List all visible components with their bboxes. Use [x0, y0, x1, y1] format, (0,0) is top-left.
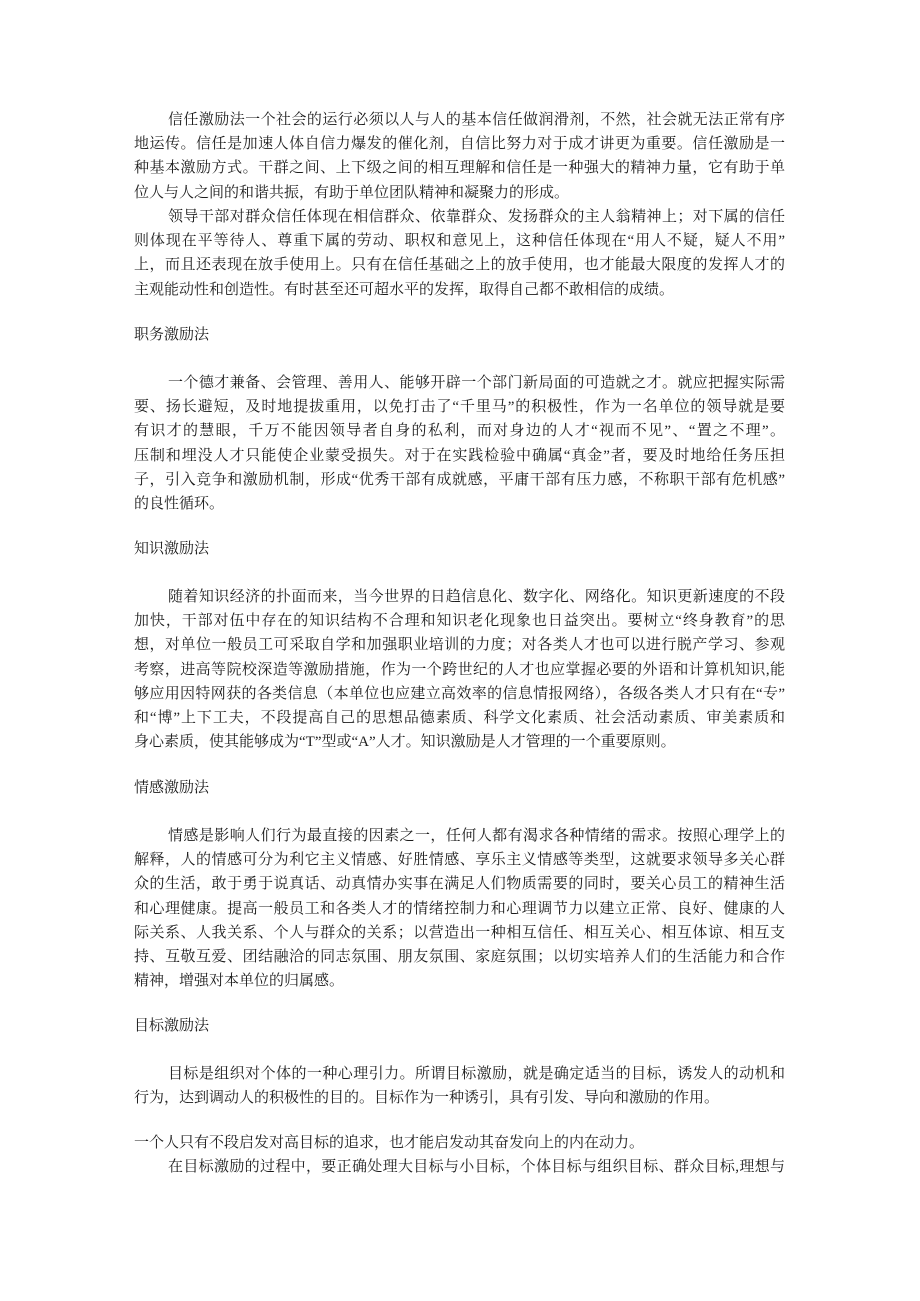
section-heading-position: 职务激励法: [134, 323, 785, 347]
section-heading-emotion: 情感激励法: [134, 776, 785, 800]
text-line: 够应用因特网获的各类信息（本单位也应建立高效率的信息情报网络），各级各类人才只有…: [134, 682, 785, 706]
text-line: 一个人只有不段启发对高目标的追求，也才能启发动其奋发向上的内在动力。: [134, 1131, 785, 1155]
text-line: 际关系、人我关系、个人与群众的关系；以营造出一种相互信任、相互关心、相互体谅、相…: [134, 921, 785, 945]
text-line: 则体现在平等待人、尊重下属的劳动、职权和意见上，这种信任体现在“用人不疑，疑人不…: [134, 229, 785, 253]
section-heading-goal: 目标激励法: [134, 1014, 785, 1038]
paragraph-emotion: 情感是影响人们行为最直接的因素之一，任何人都有渴求各种情绪的需求。按照心理学上的…: [134, 824, 785, 993]
text-line: 情感是影响人们行为最直接的因素之一，任何人都有渴求各种情绪的需求。按照心理学上的: [134, 824, 785, 848]
section-heading-knowledge: 知识激励法: [134, 537, 785, 561]
text-line: 上，而且还表现在放手使用上。只有在信任基础之上的放手使用，也才能最大限度的发挥人…: [134, 253, 785, 277]
text-line: 要、扬长避短，及时地提拔重用，以免打击了“千里马”的积极性，作为一名单位的领导就…: [134, 395, 785, 419]
paragraph-knowledge: 随着知识经济的扑面而来，当今世界的日趋信息化、数字化、网络化。知识更新速度的不段…: [134, 585, 785, 754]
paragraph-goal-3: 在目标激励的过程中，要正确处理大目标与小目标，个体目标与组织目标、群众目标,理想…: [134, 1155, 785, 1179]
text-line: 在目标激励的过程中，要正确处理大目标与小目标，个体目标与组织目标、群众目标,理想…: [134, 1155, 785, 1179]
text-line: 随着知识经济的扑面而来，当今世界的日趋信息化、数字化、网络化。知识更新速度的不段: [134, 585, 785, 609]
text-line: 考察，进高等院校深造等激励措施，作为一个跨世纪的人才也应掌握必要的外语和计算机知…: [134, 658, 785, 682]
paragraph-trust-2: 领导干部对群众信任体现在相信群众、依靠群众、发扬群众的主人翁精神上；对下属的信任…: [134, 205, 785, 302]
text-line: 精神，增强对本单位的归属感。: [134, 969, 785, 993]
text-line: 一个德才兼备、会管理、善用人、能够开辟一个部门新局面的可造就之才。就应把握实际需: [134, 371, 785, 395]
paragraph-goal-2: 一个人只有不段启发对高目标的追求，也才能启发动其奋发向上的内在动力。: [134, 1131, 785, 1155]
text-line: 位人与人之间的和谐共振，有助于单位团队精神和凝聚力的形成。: [134, 181, 785, 205]
text-line: 有识才的慧眼，千万不能因领导者自身的私利，而对身边的人才“视而不见”、“置之不理…: [134, 419, 785, 443]
text-line: 压制和埋没人才只能使企业蒙受损失。对于在实践检验中确属“真金”者，要及时地给任务…: [134, 444, 785, 468]
text-line: 子，引入竞争和激励机制，形成“优秀干部有成就感，平庸干部有压力感，不称职干部有危…: [134, 468, 785, 492]
paragraph-position: 一个德才兼备、会管理、善用人、能够开辟一个部门新局面的可造就之才。就应把握实际需…: [134, 371, 785, 516]
text-line: 解释，人的情感可分为利它主义情感、好胜情感、享乐主义情感等类型，这就要求领导多关…: [134, 848, 785, 872]
text-line: 持、互敬互爱、团结融洽的同志氛围、朋友氛围、家庭氛围；以切实培养人们的生活能力和…: [134, 945, 785, 969]
paragraph-trust-1: 信任激励法一个社会的运行必须以人与人的基本信任做润滑剂，不然，社会就无法正常有序…: [134, 108, 785, 205]
text-line: 和心理健康。提高一般员工和各类人才的情绪控制力和心理调节力以建立正常、良好、健康…: [134, 897, 785, 921]
text-line: 的良性循环。: [134, 492, 785, 516]
text-line: 主观能动性和创造性。有时甚至还可超水平的发挥，取得自己都不敢相信的成绩。: [134, 278, 785, 302]
text-line: 身心素质，使其能够成为“T”型或“A”人才。知识激励是人才管理的一个重要原则。: [134, 730, 785, 754]
paragraph-goal-1: 目标是组织对个体的一种心理引力。所谓目标激励，就是确定适当的目标，诱发人的动机和…: [134, 1062, 785, 1110]
text-line: 领导干部对群众信任体现在相信群众、依靠群众、发扬群众的主人翁精神上；对下属的信任: [134, 205, 785, 229]
text-line: 加快，干部对伍中存在的知识结构不合理和知识老化现象也日益突出。要树立“终身教育”…: [134, 609, 785, 633]
text-line: 行为，达到调动人的积极性的目的。目标作为一种诱引，具有引发、导向和激励的作用。: [134, 1086, 785, 1110]
text-line: 和“博”上下工夫，不段提高自己的思想品德素质、科学文化素质、社会活动素质、审美素…: [134, 706, 785, 730]
text-line: 目标是组织对个体的一种心理引力。所谓目标激励，就是确定适当的目标，诱发人的动机和: [134, 1062, 785, 1086]
text-line: 众的生活，敢于勇于说真话、动真情办实事在满足人们物质需要的同时，要关心员工的精神…: [134, 872, 785, 896]
text-line: 想，对单位一般员工可采取自学和加强职业培训的力度；对各类人才也可以进行脱产学习、…: [134, 633, 785, 657]
text-line: 种基本激励方式。干群之间、上下级之间的相互理解和信任是一种强大的精神力量，它有助…: [134, 156, 785, 180]
text-line: 信任激励法一个社会的运行必须以人与人的基本信任做润滑剂，不然，社会就无法正常有序: [134, 108, 785, 132]
text-line: 地运传。信任是加速人体自信力爆发的催化剂，自信比努力对于成才讲更为重要。信任激励…: [134, 132, 785, 156]
